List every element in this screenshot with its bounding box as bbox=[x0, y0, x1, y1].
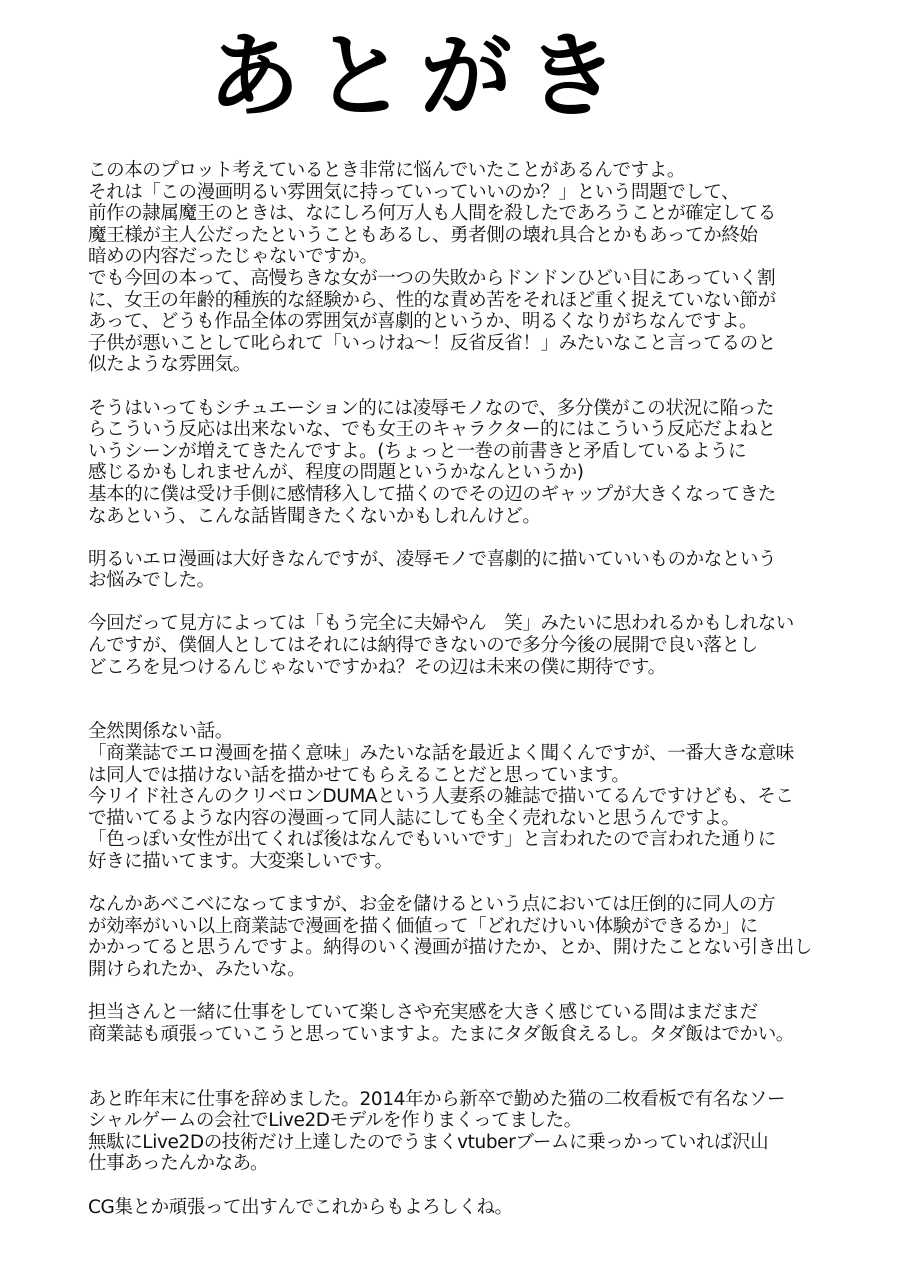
text-line: 前作の隷属魔王のときは、なにしろ何万人も人間を殺したであろうことが確定してる bbox=[88, 203, 848, 225]
text-line: お悩みでした。 bbox=[88, 570, 848, 592]
paragraph: なんかあべこべになってますが、お金を儲けるという点においては圧倒的に同人の方 が… bbox=[88, 894, 848, 980]
paragraph-gap bbox=[88, 527, 848, 549]
text-line: 無駄にLive2Dの技術だけ上達したのでうまくvtuberブームに乗っかっていれ… bbox=[88, 1132, 848, 1154]
text-line: 担当さんと一緒に仕事をしていて楽しさや充実感を大きく感じている間はまだまだ bbox=[88, 1002, 848, 1024]
text-line: 「商業誌でエロ漫画を描く意味」みたいな話を最近よく聞くんですが、一番大きな意味 bbox=[88, 743, 848, 765]
text-line: 基本的に僕は受け手側に感情移入して描くのでその辺のギャップが大きくなってきた bbox=[88, 484, 848, 506]
paragraph: 全然関係ない話。 「商業誌でエロ漫画を描く意味」みたいな話を最近よく聞くんですが… bbox=[88, 721, 848, 872]
text-line: あと昨年末に仕事を辞めました。2014年から新卒で勤めた猫の二枚看板で有名なソー bbox=[88, 1089, 848, 1111]
text-line: でも今回の本って、高慢ちきな女が一つの失敗からドンドンひどい目にあっていく割 bbox=[88, 268, 848, 290]
paragraph: CG集とか頑張って出すんでこれからもよろしくね。 bbox=[88, 1197, 848, 1219]
text-line: 明るいエロ漫画は大好きなんですが、凌辱モノで喜劇的に描いていいものかなという bbox=[88, 549, 848, 571]
text-line: らこういう反応は出来ないな、でも女王のキャラクター的にはこういう反応だよねと bbox=[88, 419, 848, 441]
text-line: 商業誌も頑張っていこうと思っていますよ。たまにタダ飯食えるし。タダ飯はでかい。 bbox=[88, 1024, 848, 1046]
text-line: かかってると思うんですよ。納得のいく漫画が描けたか、とか、開けたことない引き出し bbox=[88, 937, 848, 959]
text-line: 「色っぽい女性が出てくれば後はなんでもいいです」と言われたので言われた通りに bbox=[88, 829, 848, 851]
text-line: 子供が悪いことして叱られて「いっけね〜！反省反省！」みたいなこと言ってるのと bbox=[88, 333, 848, 355]
text-line: 感じるかもしれませんが、程度の問題というかなんというか) bbox=[88, 462, 848, 484]
paragraph: あと昨年末に仕事を辞めました。2014年から新卒で勤めた猫の二枚看板で有名なソー… bbox=[88, 1089, 848, 1175]
text-line: 今リイド社さんのクリベロンDUMAという人妻系の雑誌で描いてるんですけども、そこ bbox=[88, 786, 848, 808]
paragraph: そうはいってもシチュエーション的には凌辱モノなので、多分僕がこの状況に陥った ら… bbox=[88, 398, 848, 528]
text-line: なあという、こんな話皆聞きたくないかもしれんけど。 bbox=[88, 506, 848, 528]
paragraph: 明るいエロ漫画は大好きなんですが、凌辱モノで喜劇的に描いていいものかなという お… bbox=[88, 549, 848, 592]
paragraph-gap bbox=[88, 1175, 848, 1197]
text-line: んですが、僕個人としてはそれには納得できないので多分今後の展開で良い落とし bbox=[88, 635, 848, 657]
afterword-body: この本のプロット考えているとき非常に悩んでいたことがあるんですよ。 それは「この… bbox=[88, 160, 848, 1218]
text-line: 魔王様が主人公だったということもあるし、勇者側の壊れ具合とかもあってか終始 bbox=[88, 225, 848, 247]
text-line: そうはいってもシチュエーション的には凌辱モノなので、多分僕がこの状況に陥った bbox=[88, 398, 848, 420]
text-line: 暗めの内容だったじゃないですか。 bbox=[88, 246, 848, 268]
text-line: 全然関係ない話。 bbox=[88, 721, 848, 743]
text-line: は同人では描けない話を描かせてもらえることだと思っています。 bbox=[88, 765, 848, 787]
paragraph: 担当さんと一緒に仕事をしていて楽しさや充実感を大きく感じている間はまだまだ 商業… bbox=[88, 1002, 848, 1045]
text-line: この本のプロット考えているとき非常に悩んでいたことがあるんですよ。 bbox=[88, 160, 848, 182]
text-line: それは「この漫画明るい雰囲気に持っていっていいのか？」という問題でして、 bbox=[88, 182, 848, 204]
text-line: 開けられたか、みたいな。 bbox=[88, 959, 848, 981]
text-line: CG集とか頑張って出すんでこれからもよろしくね。 bbox=[88, 1197, 848, 1219]
text-line: あって、どうも作品全体の雰囲気が喜劇的というか、明るくなりがちなんですよ。 bbox=[88, 311, 848, 333]
text-line: に、女王の年齢的種族的な経験から、性的な責め苦をそれほど重く捉えていない節が bbox=[88, 290, 848, 312]
page-title: あとがき bbox=[200, 22, 728, 132]
text-line: シャルゲームの会社でLive2Dモデルを作りまくってました。 bbox=[88, 1110, 848, 1132]
paragraph: この本のプロット考えているとき非常に悩んでいたことがあるんですよ。 それは「この… bbox=[88, 160, 848, 376]
text-line: 似たような雰囲気。 bbox=[88, 354, 848, 376]
paragraph-gap bbox=[88, 376, 848, 398]
text-line: 好きに描いてます。大変楽しいです。 bbox=[88, 851, 848, 873]
text-line: どころを見つけるんじゃないですかね？その辺は未来の僕に期待です。 bbox=[88, 657, 848, 679]
text-line: なんかあべこべになってますが、お金を儲けるという点においては圧倒的に同人の方 bbox=[88, 894, 848, 916]
paragraph-gap bbox=[88, 592, 848, 614]
text-line: 今回だって見方によっては「もう完全に夫婦やん 笑」みたいに思われるかもしれない bbox=[88, 613, 848, 635]
paragraph-gap bbox=[88, 981, 848, 1003]
paragraph-gap bbox=[88, 1045, 848, 1088]
paragraph-gap bbox=[88, 678, 848, 721]
text-line: が効率がいい以上商業誌で漫画を描く価値って「どれだけいい体験ができるか」に bbox=[88, 916, 848, 938]
paragraph: 今回だって見方によっては「もう完全に夫婦やん 笑」みたいに思われるかもしれない … bbox=[88, 613, 848, 678]
paragraph-gap bbox=[88, 873, 848, 895]
text-line: いうシーンが増えてきたんですよ。(ちょっと一巻の前書きと矛盾しているように bbox=[88, 441, 848, 463]
text-line: 仕事あったんかなあ。 bbox=[88, 1153, 848, 1175]
text-line: で描いてるような内容の漫画って同人誌にしても全く売れないと思うんですよ。 bbox=[88, 808, 848, 830]
